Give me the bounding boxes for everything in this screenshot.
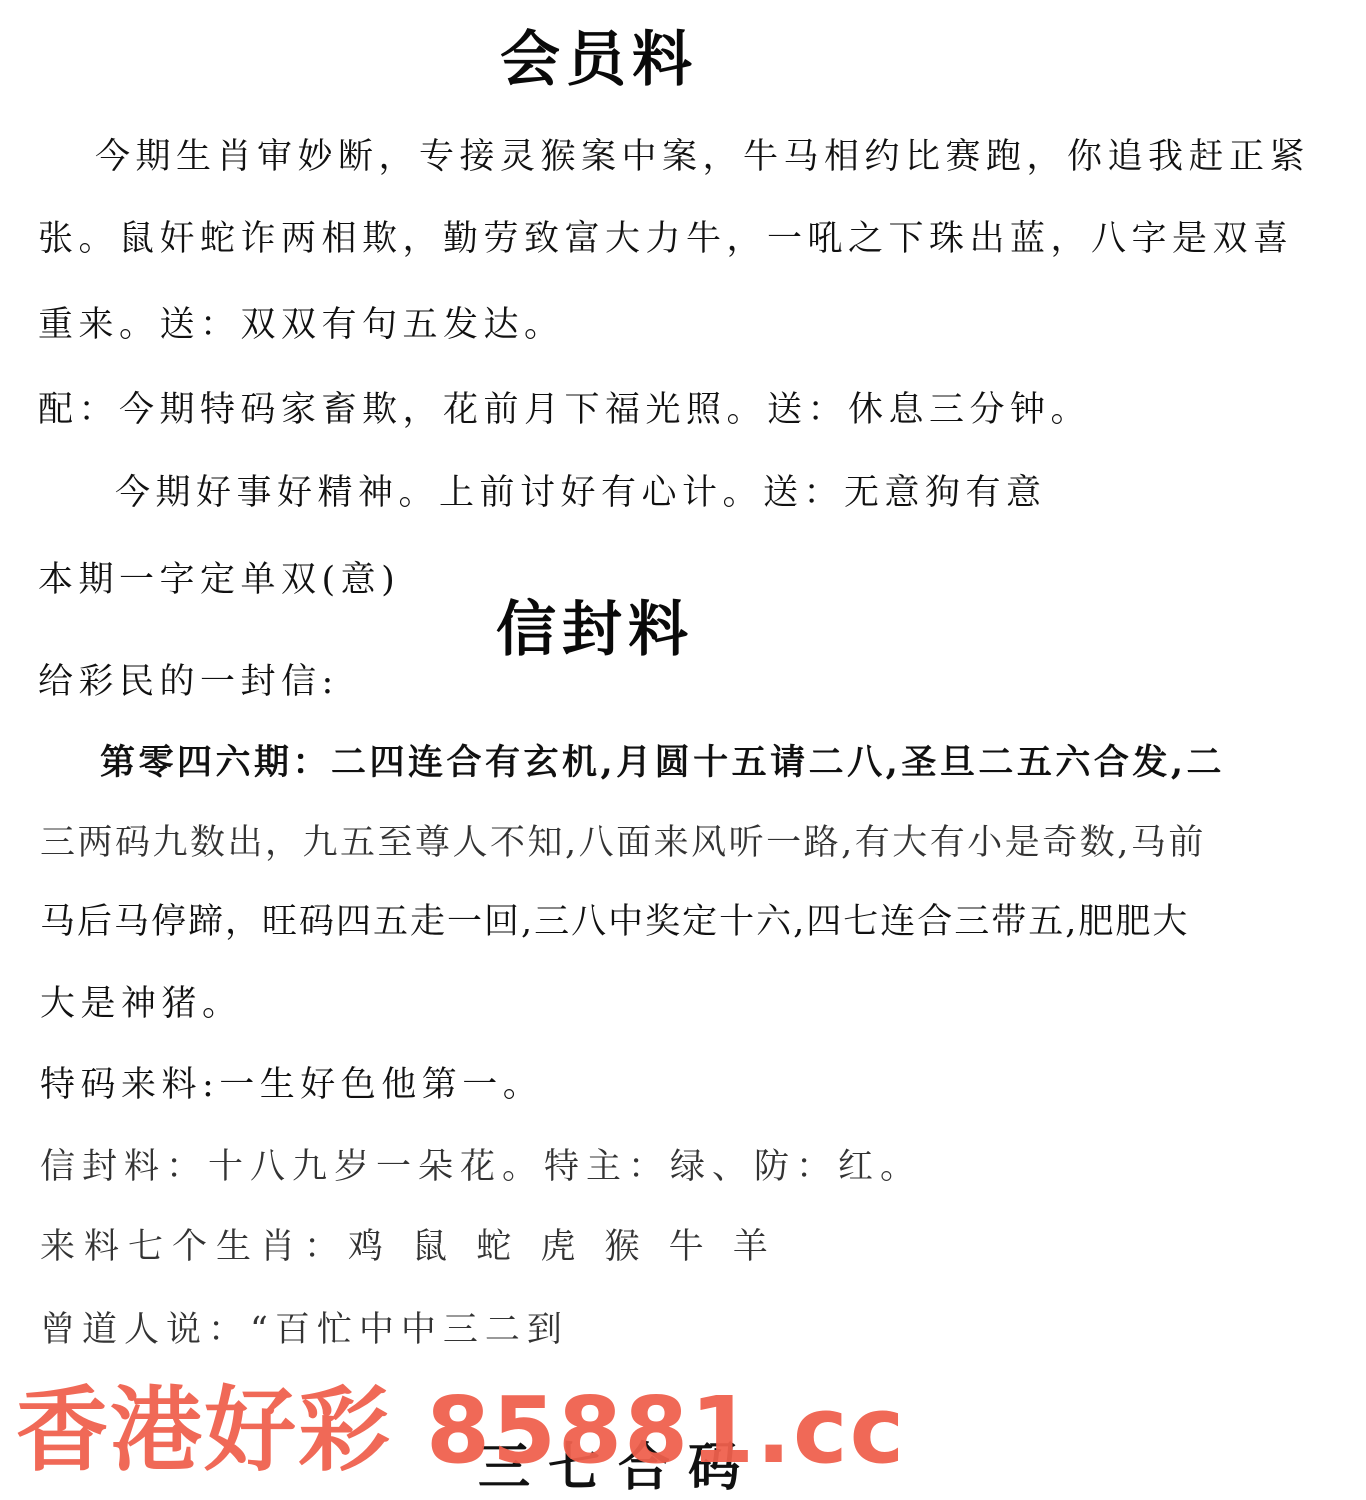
- taoist-line: 曾道人说：“百忙中中三二到: [40, 1313, 569, 1348]
- letter-line-3: 马后马停蹄，旺码四五走一回,三八中奖定十六,四七连合三带五,肥肥大: [40, 905, 1189, 940]
- letter-line-2: 三两码九数出，九五至尊人不知,八面来风听一路,有大有小是奇数,马前: [40, 826, 1206, 861]
- member-paragraph-line-3: 重来。送：双双有句五发达。: [38, 308, 565, 343]
- extra-line: 今期好事好精神。上前讨好有心计。送：无意狗有意: [115, 476, 1047, 511]
- member-section-title: 会员料: [500, 30, 698, 90]
- member-paragraph-line-1: 今期生肖审妙断，专接灵猴案中案，牛马相约比赛跑，你追我赶正紧: [95, 140, 1310, 175]
- letter-line-1: 第零四六期：二四连合有玄机,月圆十五请二八,圣旦二五六合发,二: [100, 745, 1225, 780]
- zodiac-line: 来料七个生肖：鸡 鼠 蛇 虎 猴 牛 羊: [40, 1230, 777, 1265]
- special-code-line: 特码来料:一生好色他第一。: [40, 1068, 543, 1103]
- watermark-text: 香港好彩 85881.cc: [16, 1385, 906, 1477]
- pair-line: 配：今期特码家畜欺，花前月下福光照。送：休息三分钟。: [38, 393, 1091, 428]
- envelope-section-title: 信封料: [496, 600, 694, 660]
- single-double-line: 本期一字定单双(意): [38, 563, 400, 598]
- envelope-line: 信封料：十八九岁一朵花。特主：绿、防：红。: [40, 1150, 922, 1185]
- letter-heading: 给彩民的一封信:: [38, 665, 339, 700]
- member-paragraph-line-2: 张。鼠奸蛇诈两相欺，勤劳致富大力牛，一吼之下珠出蓝，八字是双喜: [38, 222, 1294, 257]
- letter-line-4: 大是神猪。: [40, 987, 243, 1022]
